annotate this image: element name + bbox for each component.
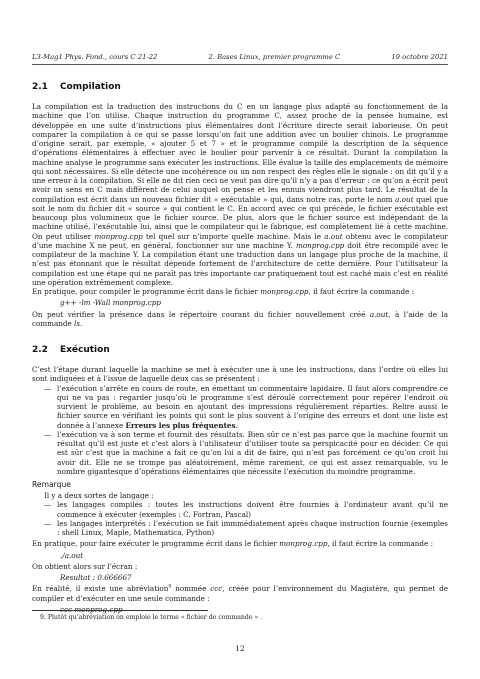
section-number: 2.1 — [32, 82, 48, 92]
page-content: L3-Mag1 Phys. Fond., cours C 21-22 2. Ba… — [0, 0, 480, 614]
dash-marker: — — [32, 430, 57, 476]
list-item-text: les langages interprétés : l’exécution s… — [57, 519, 448, 538]
footnote-text: 9. Plutôt qu’abréviation on emploie le t… — [32, 614, 448, 622]
header-course: L3-Mag1 Phys. Fond., cours C 21-22 — [32, 53, 157, 61]
footnote-rule — [32, 610, 208, 611]
list-item: — les langages interprétés : l’exécution… — [32, 519, 448, 538]
compilation-paragraph: La compilation est la traduction des ins… — [32, 102, 448, 287]
section-heading-execution: 2.2Exécution — [32, 345, 448, 355]
remark-heading: Remarque — [32, 480, 448, 489]
header-date: 19 octobre 2021 — [391, 53, 448, 61]
running-header: L3-Mag1 Phys. Fond., cours C 21-22 2. Ba… — [32, 53, 448, 65]
footnote-area: 9. Plutôt qu’abréviation on emploie le t… — [32, 610, 448, 622]
section-title: Exécution — [60, 345, 110, 355]
compile-command-line: g++ -lm -Wall monprog.cpp — [60, 298, 448, 307]
verify-paragraph: On peut vérifier la présence dans le rép… — [32, 310, 448, 329]
screen-output-line: Resultat : 0.666667 — [60, 573, 448, 582]
list-item-text: l’exécution va à son terme et fournit de… — [57, 430, 448, 476]
execution-intro: C’est l’étape durant laquelle la machine… — [32, 365, 448, 384]
dash-marker: — — [32, 500, 57, 519]
section-heading-compilation: 2.1Compilation — [32, 82, 448, 92]
header-chapter: 2. Bases Linux, premier programme C — [208, 53, 340, 61]
run-command-line: ./a.out — [60, 551, 448, 560]
remark-intro: Il y a deux sortes de langage : — [44, 491, 448, 500]
run-command-intro: En pratique, pour faire exécuter le prog… — [32, 539, 448, 548]
page-number: 12 — [0, 644, 480, 653]
list-item: — les langages compilés : toutes les ins… — [32, 500, 448, 519]
section-title: Compilation — [60, 82, 121, 92]
ccc-paragraph: En réalité, il existe une abréviation9 n… — [32, 584, 448, 603]
execution-outcomes-list: — l’exécution s’arrête en cours de route… — [32, 384, 448, 477]
list-item-text: les langages compilés : toutes les instr… — [57, 500, 448, 519]
language-types-list: — les langages compilés : toutes les ins… — [32, 500, 448, 537]
list-item-text: l’exécution s’arrête en cours de route, … — [57, 384, 448, 430]
screen-output-intro: On obtient alors sur l’écran : — [32, 562, 448, 571]
dash-marker: — — [32, 384, 57, 430]
dash-marker: — — [32, 519, 57, 538]
document-page: L3-Mag1 Phys. Fond., cours C 21-22 2. Ba… — [0, 0, 480, 679]
list-item: — l’exécution s’arrête en cours de route… — [32, 384, 448, 430]
compile-command-intro: En pratique, pour compiler le programme … — [32, 287, 448, 296]
section-number: 2.2 — [32, 345, 48, 355]
list-item: — l’exécution va à son terme et fournit … — [32, 430, 448, 476]
